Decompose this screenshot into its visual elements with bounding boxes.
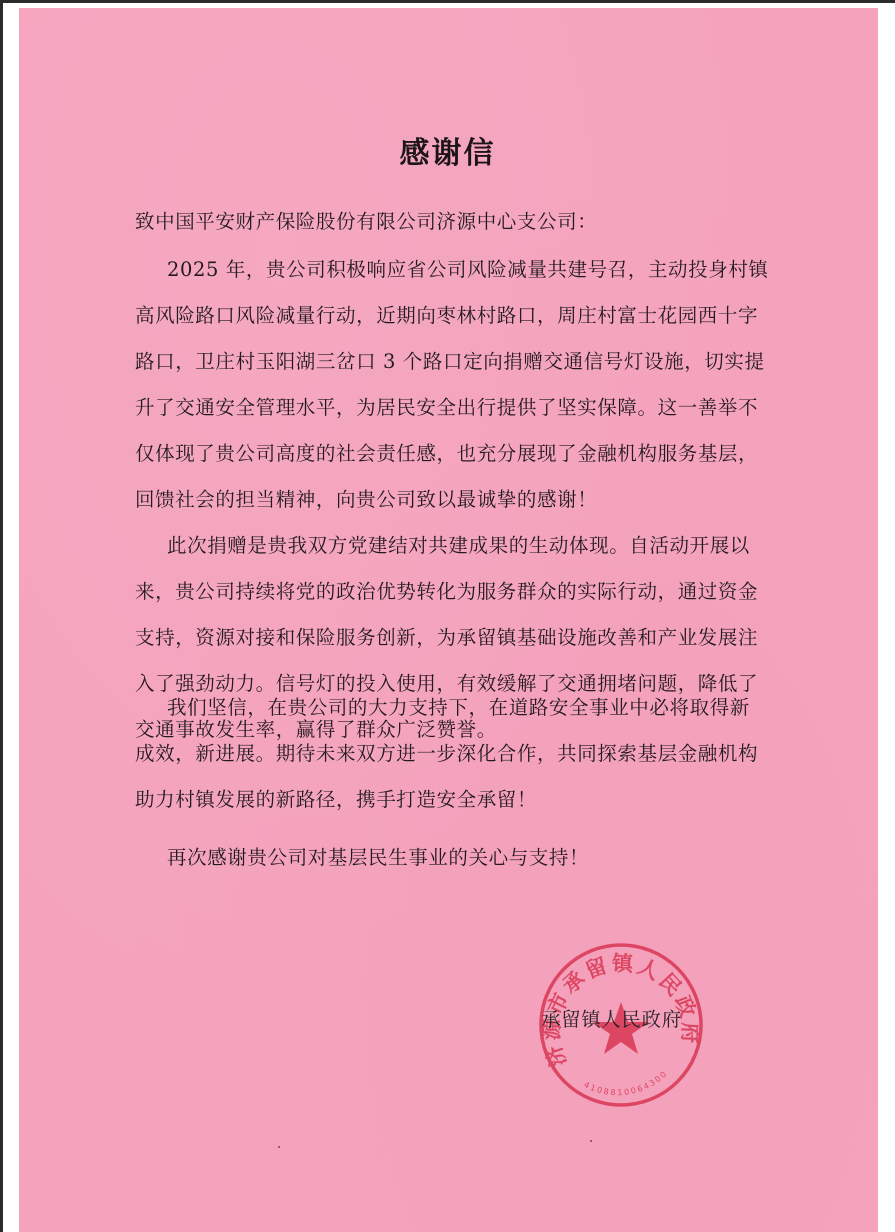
paragraph-1-line-3: 路口，卫庄村玉阳湖三岔口 3 个路口定向捐赠交通信号灯设施，切实提	[135, 346, 765, 374]
paragraph-2-line-1: 此次捐赠是贵我双方党建结对共建成果的生动体现。自活动开展以	[167, 530, 750, 558]
paragraph-3-line-1: 我们坚信，在贵公司的大力支持下，在道路安全事业中必将取得新	[167, 692, 750, 720]
paragraph-1-line-4: 升了交通安全管理水平，为居民安全出行提供了坚实保障。这一善举不	[135, 392, 758, 420]
paper-speck	[590, 1140, 592, 1142]
signature-organization: 承留镇人民政府	[541, 1004, 682, 1032]
paragraph-2-line-3: 支持，资源对接和保险服务创新，为承留镇基础设施改善和产业发展注	[135, 622, 758, 650]
paragraph-1-line-6: 回馈社会的担当精神，向贵公司致以最诚挚的感谢！	[135, 484, 597, 512]
scan-left-edge	[0, 0, 3, 1232]
paragraph-1-line-1: 2025 年，贵公司积极响应省公司风险减量共建号召，主动投身村镇	[167, 254, 769, 282]
paragraph-1-line-2: 高风险路口风险减量行动，近期向枣林村路口，周庄村富士花园西十字	[135, 300, 758, 328]
svg-text:4108810064300: 4108810064300	[582, 1068, 669, 1097]
paragraph-2-line-2: 来，贵公司持续将党的政治优势转化为服务群众的实际行动，通过资金	[135, 576, 758, 604]
letter-paper	[19, 8, 878, 1232]
scan-top-edge	[0, 0, 895, 3]
paragraph-1-line-5: 仅体现了贵公司高度的社会责任感，也充分展现了金融机构服务基层，	[135, 438, 758, 466]
paragraph-3-line-3: 助力村镇发展的新路径，携手打造安全承留！	[135, 784, 537, 812]
salutation: 致中国平安财产保险股份有限公司济源中心支公司：	[135, 206, 597, 234]
letter-title: 感谢信	[0, 128, 895, 172]
paragraph-3-line-2: 成效，新进展。期待未来双方进一步深化合作，共同探索基层金融机构	[135, 738, 758, 766]
closing-line: 再次感谢贵公司对基层民生事业的关心与支持！	[167, 842, 589, 870]
paper-speck	[278, 1146, 280, 1148]
seal-code: 4108810064300	[582, 1068, 669, 1097]
